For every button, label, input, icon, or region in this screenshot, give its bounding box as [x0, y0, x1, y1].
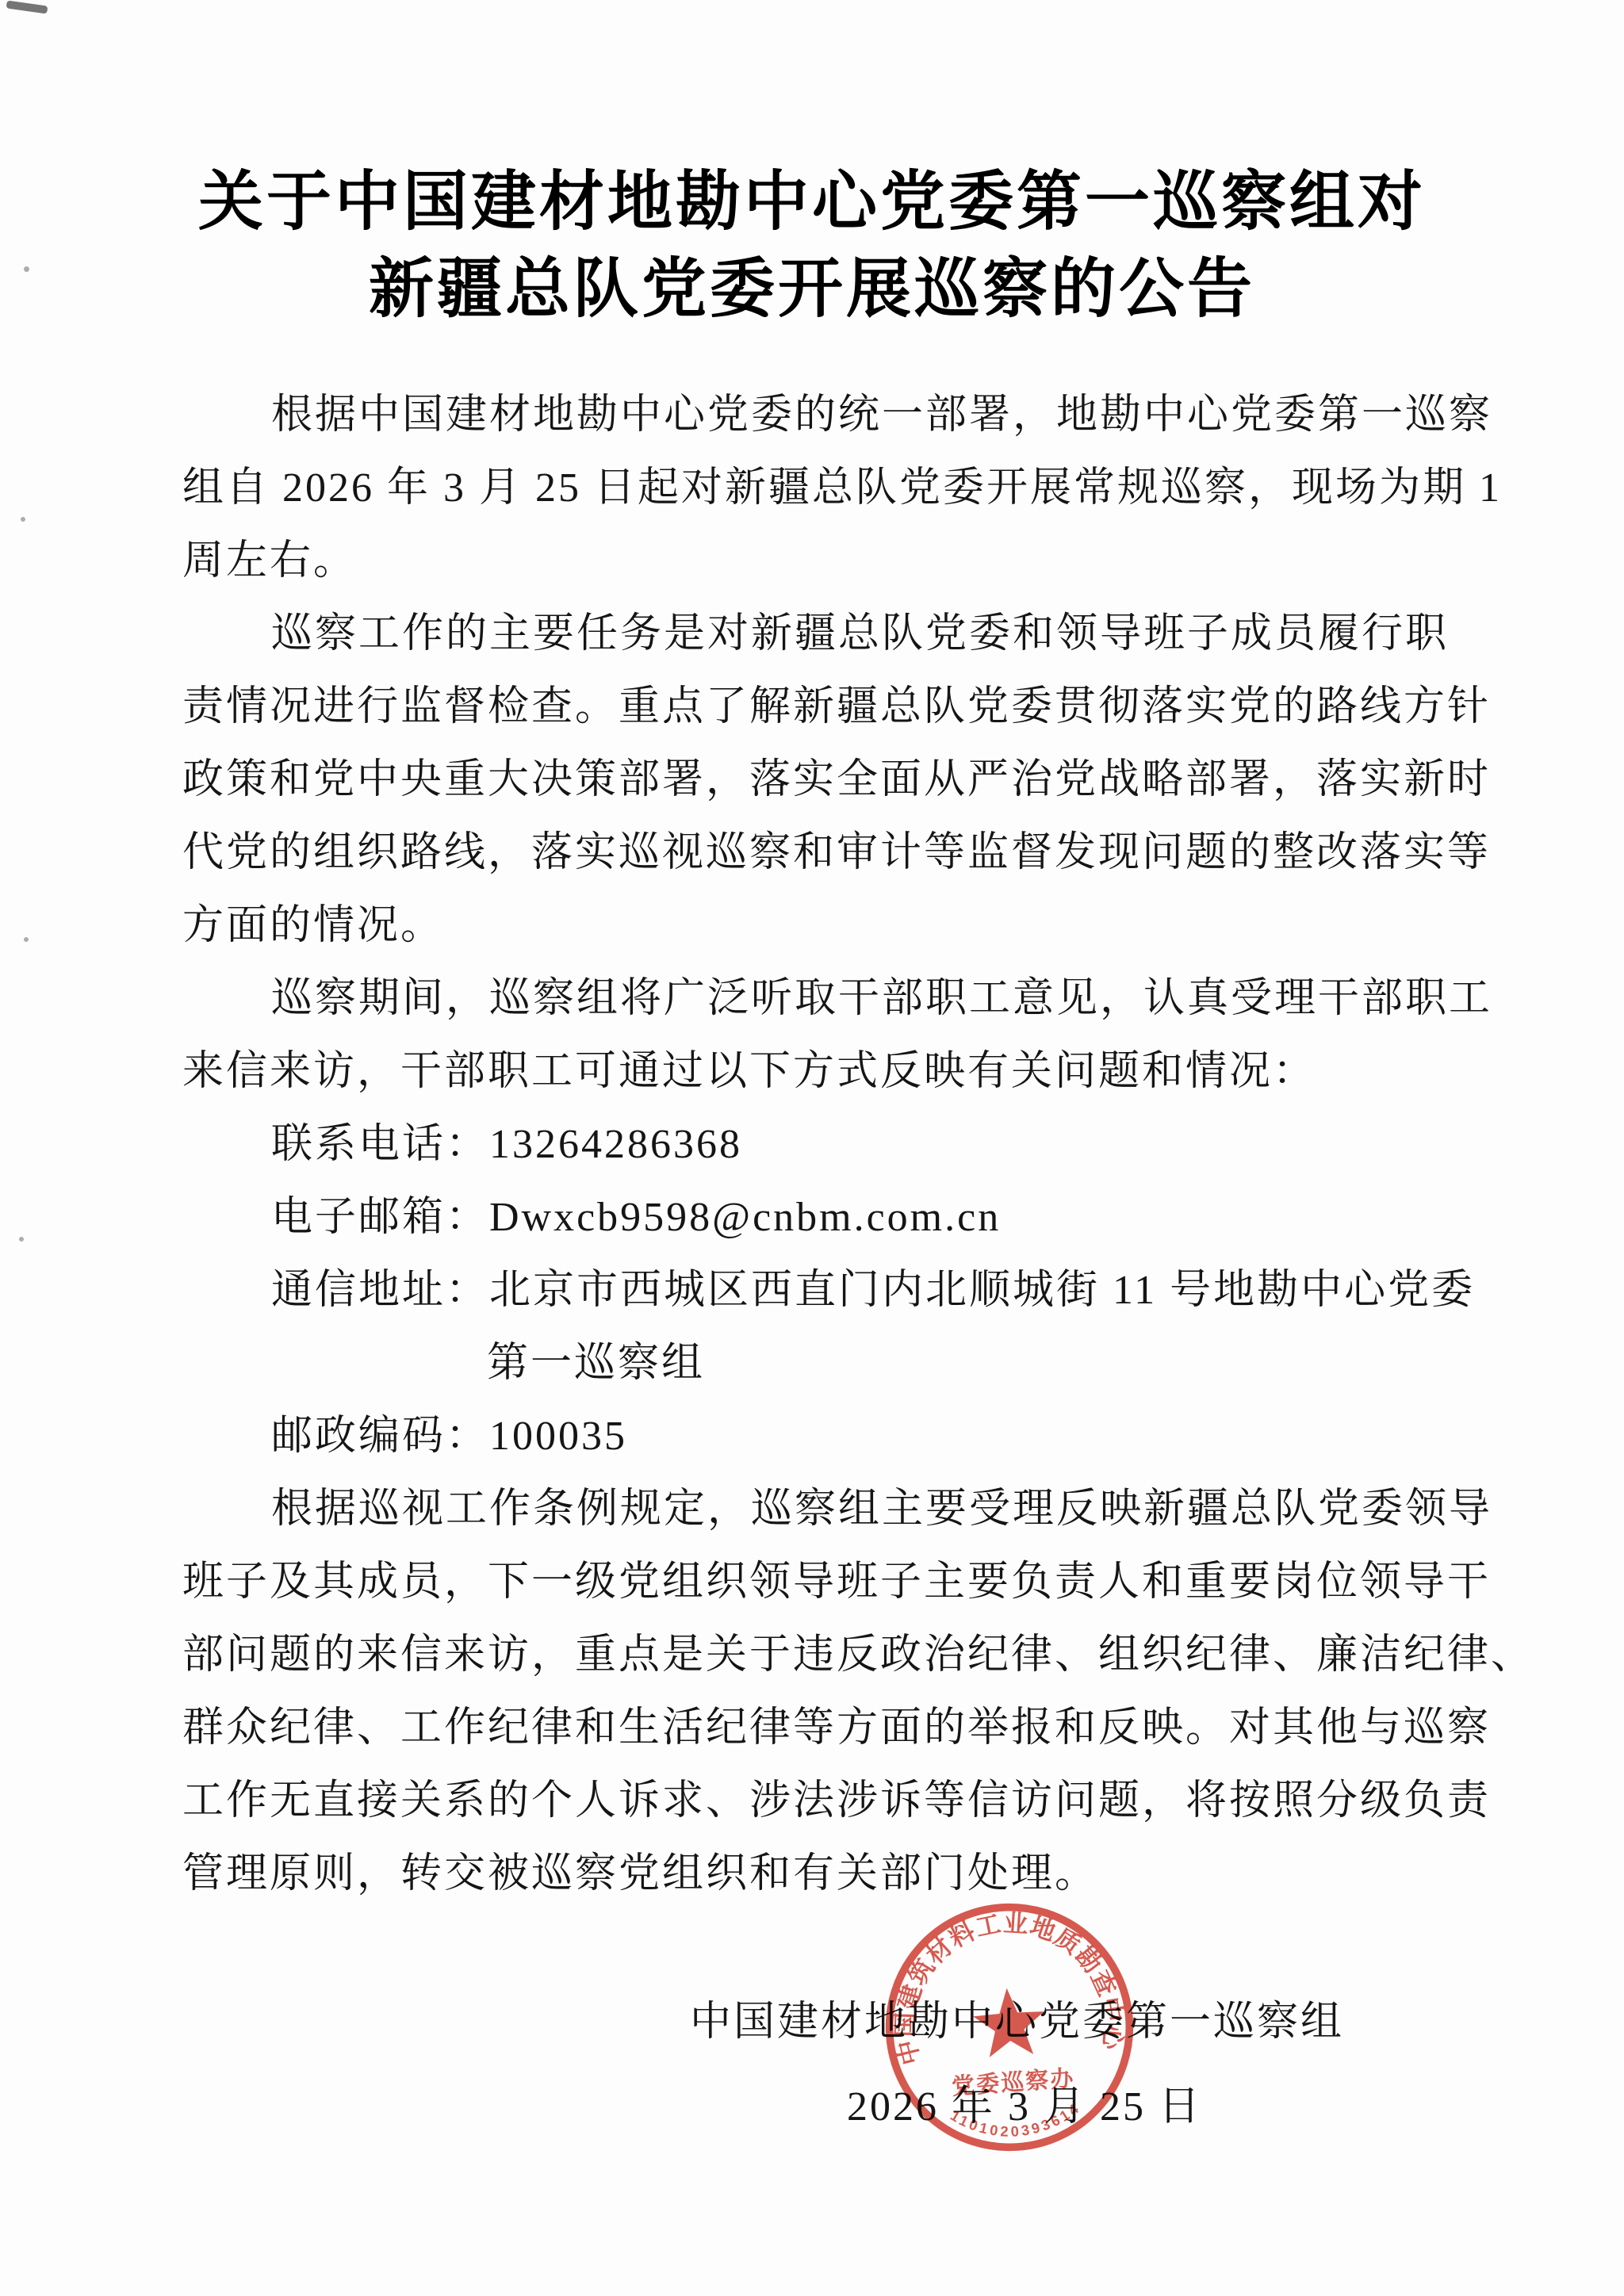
body-line: 责情况进行监督检查。重点了解新疆总队党委贯彻落实党的路线方针: [182, 671, 1522, 744]
seal-star: [971, 1986, 1047, 2058]
contact-address-line: 通信地址：北京市西城区西直门内北顺城街 11 号地勘中心党委: [182, 1254, 1522, 1327]
body-line: 班子及其成员，下一级党组织领导班子主要负责人和重要岗位领导干: [182, 1546, 1522, 1619]
body-line: 工作无直接关系的个人诉求、涉法涉诉等信访问题，将按照分级负责: [182, 1765, 1522, 1838]
title-line-2: 新疆总队党委开展巡察的公告: [0, 246, 1624, 333]
scan-artifact: [19, 1237, 24, 1242]
body-line: 管理原则，转交被巡察党组织和有关部门处理。: [182, 1838, 1522, 1911]
body-line: 来信来访，干部职工可通过以下方式反映有关问题和情况：: [182, 1035, 1522, 1108]
title-line-1: 关于中国建材地勘中心党委第一巡察组对: [0, 159, 1624, 246]
document-body: 根据中国建材地勘中心党委的统一部署，地勘中心党委第一巡察 组自 2026 年 3…: [182, 379, 1522, 1911]
body-line: 周左右。: [182, 525, 1522, 598]
body-line: 组自 2026 年 3 月 25 日起对新疆总队党委开展常规巡察，现场为期 1: [182, 452, 1522, 525]
scan-artifact: [21, 517, 25, 522]
body-line: 群众纪律、工作纪律和生活纪律等方面的举报和反映。对其他与巡察: [182, 1692, 1522, 1765]
body-line: 代党的组织路线，落实巡视巡察和审计等监督发现问题的整改落实等: [182, 817, 1522, 890]
body-line: 方面的情况。: [182, 890, 1522, 962]
scan-artifact: [6, 0, 48, 13]
body-line: 部问题的来信来访，重点是关于违反政治纪律、组织纪律、廉洁纪律、: [182, 1619, 1522, 1692]
body-line: 根据中国建材地勘中心党委的统一部署，地勘中心党委第一巡察: [182, 379, 1522, 452]
contact-postcode-line: 邮政编码：100035: [182, 1400, 1522, 1473]
document-title: 关于中国建材地勘中心党委第一巡察组对 新疆总队党委开展巡察的公告: [0, 159, 1624, 333]
body-line: 政策和党中央重大决策部署，落实全面从严治党战略部署，落实新时: [182, 744, 1522, 817]
document-page: 关于中国建材地勘中心党委第一巡察组对 新疆总队党委开展巡察的公告 根据中国建材地…: [0, 0, 1624, 2296]
body-line: 巡察期间，巡察组将广泛听取干部职工意见，认真受理干部职工: [182, 962, 1522, 1035]
body-line: 巡察工作的主要任务是对新疆总队党委和领导班子成员履行职: [182, 598, 1522, 671]
contact-address-line2: 第一巡察组: [182, 1327, 1522, 1400]
body-line: 根据巡视工作条例规定，巡察组主要受理反映新疆总队党委领导: [182, 1473, 1522, 1546]
contact-email-line: 电子邮箱：Dwxcb9598@cnbm.com.cn: [182, 1181, 1522, 1254]
seal-center-text: 党委巡察办: [951, 2065, 1076, 2100]
scan-artifact: [24, 937, 29, 942]
official-seal: 中国建筑材料工业地质勘查中心 党委巡察办 1101020393614: [873, 1888, 1146, 2167]
contact-phone-line: 联系电话：13264286368: [182, 1108, 1522, 1181]
